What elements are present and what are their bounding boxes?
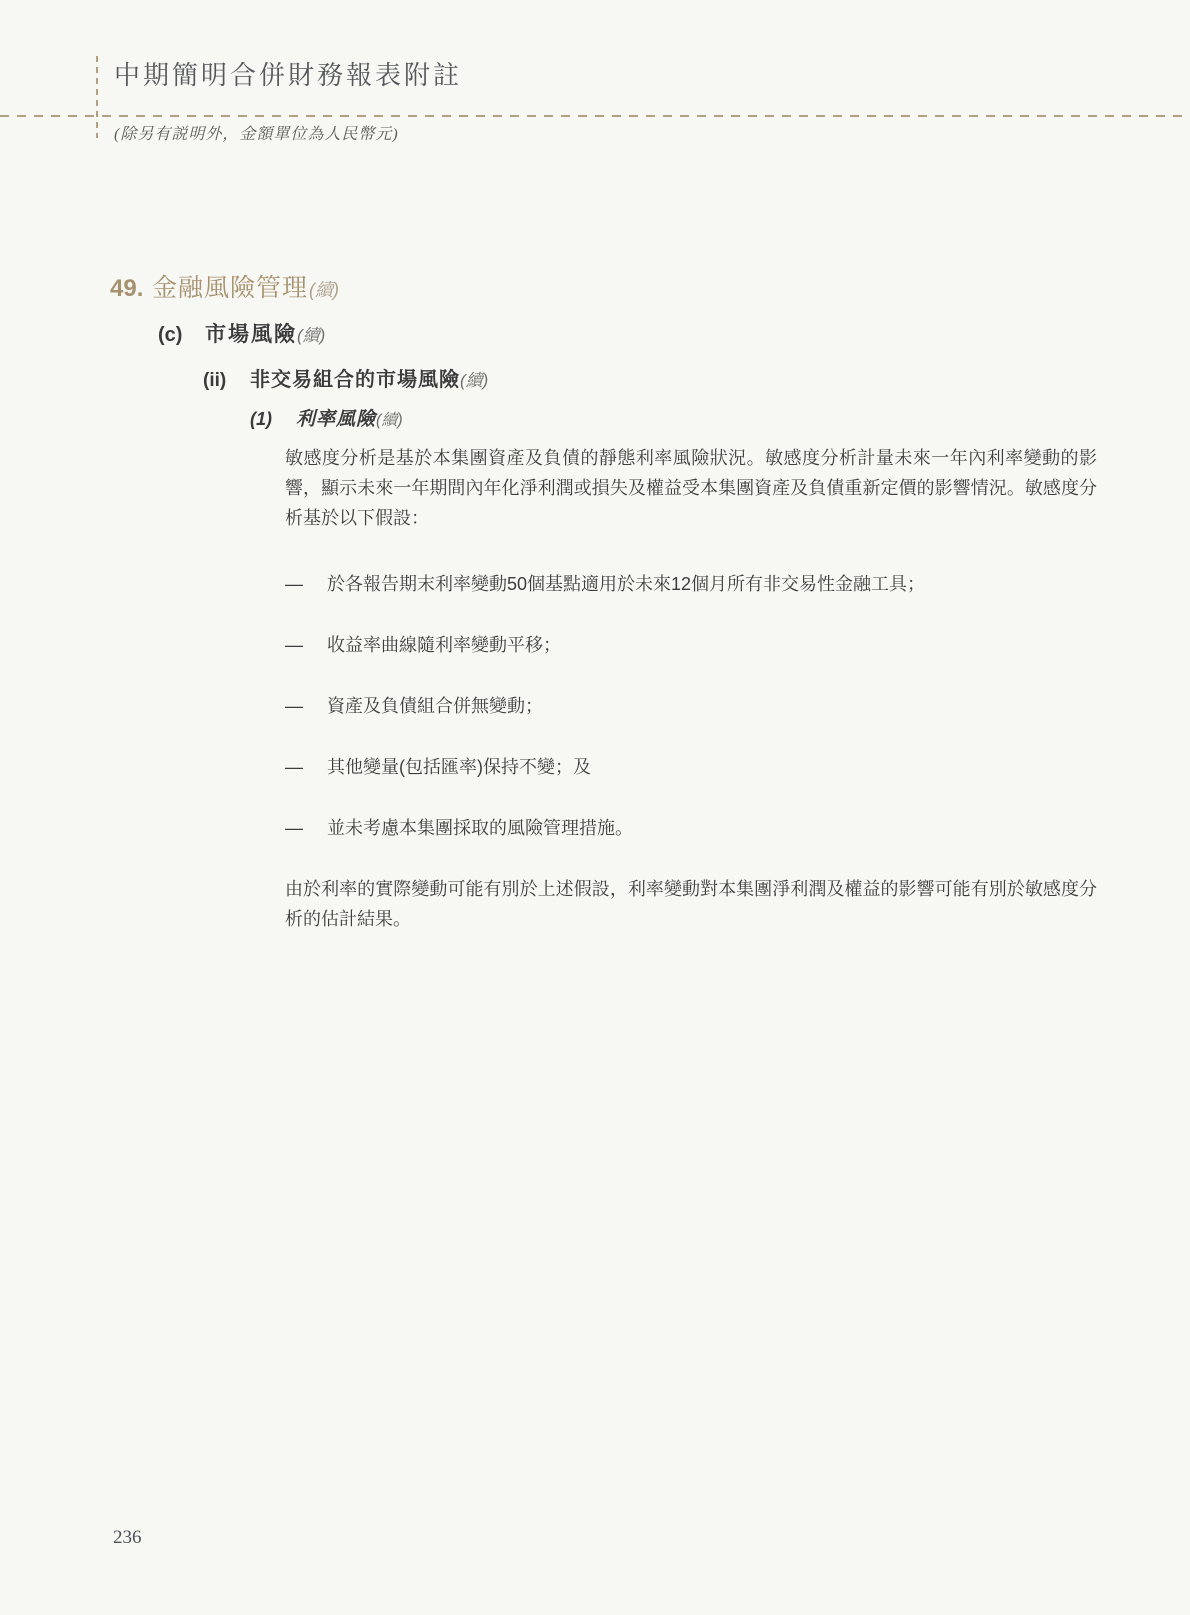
assumption-list-item: — 資產及負債組合併無變動； [285,691,1097,721]
subsection-title: 非交易組合的市場風險 [250,363,460,392]
subsection-title: 市場風險 [205,318,297,348]
section-number: 49. [110,275,152,303]
subsection-continuation: (續) [460,366,488,391]
assumption-list-item: — 其他變量(包括匯率)保持不變；及 [285,752,1097,782]
assumption-text: 並未考慮本集團採取的風險管理措施。 [327,813,1097,843]
subsection-heading-c: (c) 市場風險 (續) [158,318,325,348]
dash-bullet: — [285,813,327,843]
subsection-label: (1) [250,409,296,430]
intro-paragraph: 敏感度分析是基於本集團資產及負債的靜態利率風險狀況。敏感度分析計量未來一年內利率… [285,443,1097,533]
subsection-heading-ii: (ii) 非交易組合的市場風險 (續) [203,363,488,392]
dash-bullet: — [285,691,327,721]
assumption-list-item: — 收益率曲線隨利率變動平移； [285,630,1097,660]
document-subtitle: (除另有説明外，金額單位為人民幣元) [114,121,399,144]
assumption-list-item: — 於各報告期末利率變動50個基點適用於未來12個月所有非交易性金融工具； [285,569,1097,599]
assumption-list-item: — 並未考慮本集團採取的風險管理措施。 [285,813,1097,843]
body-text-block: 敏感度分析是基於本集團資產及負債的靜態利率風險狀況。敏感度分析計量未來一年內利率… [285,443,1097,934]
page-number: 236 [113,1527,142,1549]
closing-paragraph: 由於利率的實際變動可能有別於上述假設，利率變動對本集團淨利潤及權益的影響可能有別… [285,874,1097,934]
assumption-text: 資產及負債組合併無變動； [327,691,1097,721]
section-title: 金融風險管理 [152,268,308,304]
assumption-text: 其他變量(包括匯率)保持不變；及 [327,752,1097,782]
subsection-continuation: (續) [376,407,403,430]
section-heading-49: 49. 金融風險管理 (續) [110,268,339,304]
subsection-title: 利率風險 [296,404,376,431]
document-title: 中期簡明合併財務報表附註 [114,55,462,92]
header-vertical-dashed-divider [96,56,98,138]
dash-bullet: — [285,752,327,782]
header-horizontal-dashed-divider [0,115,1190,117]
subsection-label: (c) [158,324,205,347]
subsection-continuation: (續) [297,321,325,346]
subsection-heading-1: (1) 利率風險 (續) [250,404,403,431]
assumption-text: 收益率曲線隨利率變動平移； [327,630,1097,660]
dash-bullet: — [285,569,327,599]
assumption-text: 於各報告期末利率變動50個基點適用於未來12個月所有非交易性金融工具； [327,569,1097,599]
subsection-label: (ii) [203,370,250,392]
dash-bullet: — [285,630,327,660]
document-page: 中期簡明合併財務報表附註 (除另有説明外，金額單位為人民幣元) 49. 金融風險… [0,0,1190,1615]
section-continuation: (續) [309,276,339,302]
